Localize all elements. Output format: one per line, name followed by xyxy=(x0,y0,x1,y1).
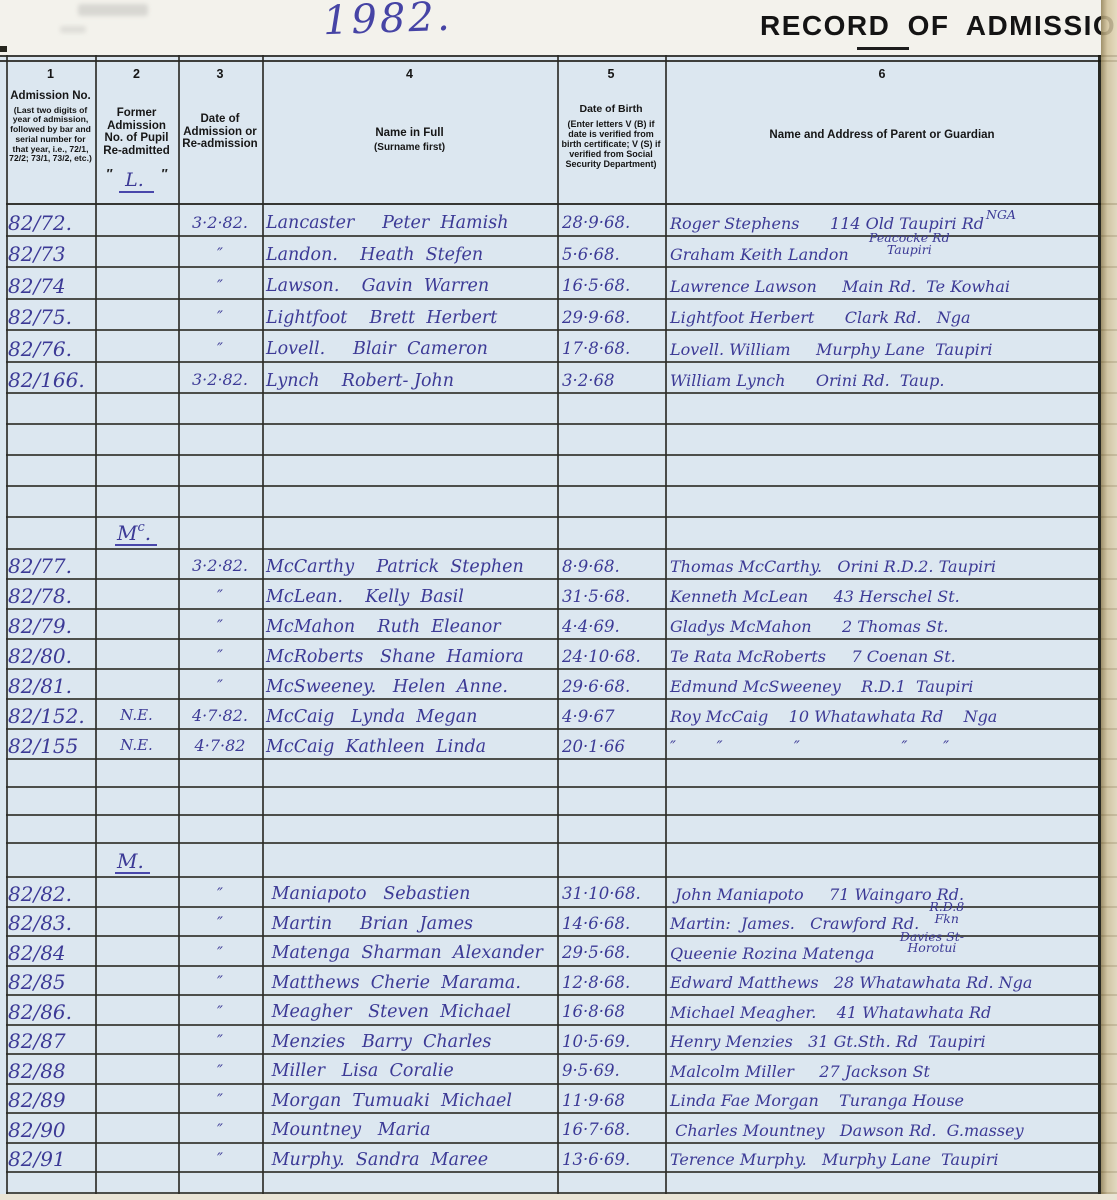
col-title: Name in Full xyxy=(262,81,557,140)
name-cell-text: Matthews Cherie Marama. xyxy=(266,975,521,993)
table-header-row: 1 Admission No. (Last two digits of year… xyxy=(6,62,1117,205)
admission-date-cell-text: ″ xyxy=(217,341,223,357)
name-cell-text: McCaig Kathleen Linda xyxy=(266,739,486,757)
former-admission-cell xyxy=(95,1144,178,1172)
admission-no-cell-text: 82/82. xyxy=(8,884,72,904)
former-admission-cell xyxy=(95,996,178,1024)
name-cell: McLean. Kelly Basil xyxy=(262,580,557,608)
admission-date-cell: ″ xyxy=(178,1144,262,1172)
admission-no-cell-text: 82/79. xyxy=(8,616,72,636)
parent-cell-text: Lovell. William Murphy Lane Taupiri xyxy=(670,342,992,358)
admission-date-cell: 4·7·82 xyxy=(178,730,262,758)
admission-date-cell-text: ″ xyxy=(217,246,223,262)
admission-date-cell-text: ″ xyxy=(217,1092,223,1108)
dob-cell: 8·9·68. xyxy=(557,550,665,578)
empty-row xyxy=(6,456,1117,487)
parent-cell: Queenie Rozina Matenga Davies St-Horotui xyxy=(665,937,1117,965)
admission-date-cell: ″ xyxy=(178,268,262,298)
name-cell-text: Lightfoot Brett Herbert xyxy=(266,310,497,328)
parent-cell-text: Michael Meagher. 41 Whatawhata Rd xyxy=(670,1005,991,1021)
former-admission-cell xyxy=(95,967,178,995)
admission-no-cell-text: 82/152. xyxy=(8,706,85,726)
dob-cell-text: 4·9·67 xyxy=(562,709,614,726)
admission-no-cell-text: 82/85 xyxy=(8,972,66,992)
table-row: 82/152.N.E.4·7·82.McCaig Lynda Megan4·9·… xyxy=(6,700,1117,730)
name-cell-text: McMahon Ruth Eleanor xyxy=(266,619,501,637)
parent-cell-text: John Maniapoto 71 Waingaro Rd. xyxy=(670,887,964,903)
name-cell: Miller Lisa Coralie xyxy=(262,1055,557,1083)
admission-date-cell: 3·2·82. xyxy=(178,363,262,393)
table-row: 82/72.3·2·82.Lancaster Peter Hamish28·9·… xyxy=(6,205,1117,237)
former-admission-cell xyxy=(95,580,178,608)
admission-date-cell: 3·2·82. xyxy=(178,550,262,578)
name-cell: McCaig Kathleen Linda xyxy=(262,730,557,758)
admission-date-cell-text: 4·7·82 xyxy=(195,738,246,754)
dob-cell-text: 12·8·68. xyxy=(562,975,630,992)
former-admission-cell xyxy=(95,237,178,267)
former-admission-cell: N.E. xyxy=(95,730,178,758)
parent-annotation-superscript: NGA xyxy=(986,209,1016,222)
name-cell: Murphy. Sandra Maree xyxy=(262,1144,557,1172)
name-cell-text: Matenga Sharman Alexander xyxy=(266,945,543,963)
name-cell-text: Menzies Barry Charles xyxy=(266,1034,491,1052)
former-admission-cell xyxy=(95,268,178,298)
dob-cell-text: 10·5·69. xyxy=(562,1034,630,1051)
parent-annotation-stack: R.D.8Fkn xyxy=(929,901,964,924)
admission-date-cell-text: ″ xyxy=(217,1004,223,1020)
left-edge-mark xyxy=(0,46,7,52)
admission-date-cell-text: ″ xyxy=(217,618,223,634)
parent-cell-text: Queenie Rozina Matenga xyxy=(670,946,900,962)
pencil-smudge xyxy=(78,4,148,16)
admission-date-cell: ″ xyxy=(178,1114,262,1142)
name-cell-text: McLean. Kelly Basil xyxy=(266,589,464,607)
dob-cell: 16·8·68 xyxy=(557,996,665,1024)
dob-cell-text: 17·8·68. xyxy=(562,341,630,358)
former-admission-cell xyxy=(95,1085,178,1113)
table-row: 82/89″ Morgan Tumuaki Michael11·9·68Lind… xyxy=(6,1085,1117,1115)
parent-cell: Roy McCaig 10 Whatawhata Rd Nga xyxy=(665,700,1117,728)
table-row: 82/75.″Lightfoot Brett Herbert29·9·68.Li… xyxy=(6,300,1117,332)
admission-date-cell: ″ xyxy=(178,640,262,668)
name-cell: McCarthy Patrick Stephen xyxy=(262,550,557,578)
col-number: 3 xyxy=(178,62,262,81)
col-note: (Surname first) xyxy=(262,140,557,153)
dob-cell: 17·8·68. xyxy=(557,331,665,361)
parent-cell-text: Gladys McMahon 2 Thomas St. xyxy=(670,619,948,635)
dob-cell: 4·4·69. xyxy=(557,610,665,638)
parent-cell: Lovell. William Murphy Lane Taupiri xyxy=(665,331,1117,361)
name-cell: McCaig Lynda Megan xyxy=(262,700,557,728)
admission-date-cell: 3·2·82. xyxy=(178,205,262,235)
name-cell: McRoberts Shane Hamiora xyxy=(262,640,557,668)
name-cell: Lancaster Peter Hamish xyxy=(262,205,557,235)
admission-date-cell-text: ″ xyxy=(217,648,223,664)
dob-cell-text: 24·10·68. xyxy=(562,649,641,666)
admission-no-cell: 82/82. xyxy=(6,878,95,906)
dob-cell-text: 9·5·69. xyxy=(562,1063,620,1080)
name-cell: Menzies Barry Charles xyxy=(262,1026,557,1054)
section-header-row: Mc. xyxy=(6,518,1117,550)
parent-annotation-line: Taupiri xyxy=(869,244,950,256)
admission-no-cell-text: 82/74 xyxy=(8,276,66,296)
dob-cell: 31·5·68. xyxy=(557,580,665,608)
former-admission-cell xyxy=(95,640,178,668)
empty-row xyxy=(6,487,1117,518)
admission-date-cell: ″ xyxy=(178,878,262,906)
dob-cell: 29·9·68. xyxy=(557,300,665,330)
col-title: Name and Address of Parent or Guardian xyxy=(665,81,1099,142)
table-row: 82/88″ Miller Lisa Coralie9·5·69.Malcolm… xyxy=(6,1055,1117,1085)
dob-cell-text: 29·6·68. xyxy=(562,679,630,696)
parent-cell-text: Roy McCaig 10 Whatawhata Rd Nga xyxy=(670,709,997,725)
name-cell-text: Meagher Steven Michael xyxy=(266,1004,511,1022)
admission-no-cell: 82/91 xyxy=(6,1144,95,1172)
admission-no-cell-text: 82/166. xyxy=(8,370,85,390)
dob-cell: 20·1·66 xyxy=(557,730,665,758)
section-letter-dot: . xyxy=(145,521,151,545)
col-number: 1 xyxy=(6,62,95,81)
col-number: 4 xyxy=(262,62,557,81)
name-cell: Lynch Robert- John xyxy=(262,363,557,393)
dob-cell-text: 29·9·68. xyxy=(562,310,630,327)
table-row: 82/86.″ Meagher Steven Michael16·8·68Mic… xyxy=(6,996,1117,1026)
printed-quote-mark: ″ xyxy=(106,164,112,181)
admission-date-cell-text: ″ xyxy=(217,678,223,694)
parent-cell-text: Martin: James. Crawford Rd. xyxy=(670,916,929,932)
admission-no-cell-text: 82/90 xyxy=(8,1120,66,1140)
admission-no-cell: 82/79. xyxy=(6,610,95,638)
parent-cell: Thomas McCarthy. Orini R.D.2. Taupiri xyxy=(665,550,1117,578)
former-admission-cell xyxy=(95,1055,178,1083)
parent-cell: Charles Mountney Dawson Rd. G.massey xyxy=(665,1114,1117,1142)
name-cell-text: Mountney Maria xyxy=(266,1122,431,1140)
table-row: 82/79.″McMahon Ruth Eleanor4·4·69.Gladys… xyxy=(6,610,1117,640)
admission-no-cell: 82/84 xyxy=(6,937,95,965)
section-letter-main: M xyxy=(117,849,137,873)
admission-date-cell: ″ xyxy=(178,937,262,965)
name-cell-text: Lancaster Peter Hamish xyxy=(266,215,508,233)
dob-cell: 16·5·68. xyxy=(557,268,665,298)
printed-quote-mark: ″ xyxy=(161,164,167,181)
admission-no-cell: 82/88 xyxy=(6,1055,95,1083)
admission-no-cell-text: 82/76. xyxy=(8,339,72,359)
dob-cell-text: 8·9·68. xyxy=(562,559,620,576)
former-admission-cell xyxy=(95,1114,178,1142)
table-row: 82/84″ Matenga Sharman Alexander29·5·68.… xyxy=(6,937,1117,967)
parent-cell: Gladys McMahon 2 Thomas St. xyxy=(665,610,1117,638)
name-cell-text: McRoberts Shane Hamiora xyxy=(266,649,524,667)
admission-date-cell-text: ″ xyxy=(217,1151,223,1167)
parent-cell: Malcolm Miller 27 Jackson St xyxy=(665,1055,1117,1083)
parent-cell-text: Linda Fae Morgan Turanga House xyxy=(670,1093,964,1109)
parent-cell-text: Edmund McSweeney R.D.1 Taupiri xyxy=(670,679,973,695)
admission-date-cell: ″ xyxy=(178,610,262,638)
admission-no-cell-text: 82/80. xyxy=(8,646,72,666)
parent-cell-text: Thomas McCarthy. Orini R.D.2. Taupiri xyxy=(670,559,996,575)
dob-cell: 13·6·69. xyxy=(557,1144,665,1172)
empty-row xyxy=(6,816,1117,844)
parent-annotation-line: Horotui xyxy=(900,942,964,954)
section-letter-label: Mc. xyxy=(115,521,157,546)
admission-no-cell-text: 82/87 xyxy=(8,1031,66,1051)
admission-date-cell-text: ″ xyxy=(217,309,223,325)
name-cell: Matenga Sharman Alexander xyxy=(262,937,557,965)
dob-cell-text: 28·9·68. xyxy=(562,215,630,232)
name-cell-text: Maniapoto Sebastien xyxy=(266,886,470,904)
admission-no-cell: 82/80. xyxy=(6,640,95,668)
admission-date-cell-text: 4·7·82. xyxy=(192,708,248,724)
admission-date-cell-text: ″ xyxy=(217,1063,223,1079)
table-row: 82/76.″Lovell. Blair Cameron17·8·68.Love… xyxy=(6,331,1117,363)
dob-cell: 5·6·68. xyxy=(557,237,665,267)
parent-cell: Michael Meagher. 41 Whatawhata Rd xyxy=(665,996,1117,1024)
col-header-former-admission: 2 Former Admission No. of Pupil Re-admit… xyxy=(95,62,178,203)
dob-cell-text: 16·5·68. xyxy=(562,278,630,295)
section-letter-main: M xyxy=(117,521,137,545)
parent-cell-text: Charles Mountney Dawson Rd. G.massey xyxy=(670,1123,1024,1139)
col-header-date-of-birth: 5 Date of Birth (Enter letters V (B) if … xyxy=(557,62,665,203)
table-row: 82/81.″McSweeney. Helen Anne.29·6·68.Edm… xyxy=(6,670,1117,700)
former-admission-cell xyxy=(95,550,178,578)
col-title: Former Admission No. of Pupil Re-admitte… xyxy=(95,81,178,157)
parent-cell-text: Te Rata McRoberts 7 Coenan St. xyxy=(670,649,956,665)
dob-cell: 14·6·68. xyxy=(557,908,665,936)
admission-date-cell: ″ xyxy=(178,967,262,995)
admission-date-cell: ″ xyxy=(178,237,262,267)
handwritten-letter-L: L. xyxy=(119,169,154,193)
name-cell: McSweeney. Helen Anne. xyxy=(262,670,557,698)
dob-cell: 24·10·68. xyxy=(557,640,665,668)
admission-date-cell-text: ″ xyxy=(217,1122,223,1138)
table-row: 82/77.3·2·82.McCarthy Patrick Stephen8·9… xyxy=(6,550,1117,580)
table-row: 82/90″ Mountney Maria16·7·68. Charles Mo… xyxy=(6,1114,1117,1144)
admission-no-cell-text: 82/91 xyxy=(8,1149,66,1169)
col-header-parent-guardian: 6 Name and Address of Parent or Guardian xyxy=(665,62,1099,203)
parent-cell: John Maniapoto 71 Waingaro Rd. xyxy=(665,878,1117,906)
admission-date-cell: ″ xyxy=(178,300,262,330)
parent-cell: Graham Keith Landon Peacocke RdTaupiri xyxy=(665,237,1117,267)
name-cell-text: Lawson. Gavin Warren xyxy=(266,278,489,296)
table-row: 82/78.″McLean. Kelly Basil31·5·68.Kennet… xyxy=(6,580,1117,610)
table-row: 82/91″ Murphy. Sandra Maree13·6·69.Teren… xyxy=(6,1144,1117,1174)
dob-cell: 9·5·69. xyxy=(557,1055,665,1083)
parent-annotation-stack: Davies St-Horotui xyxy=(900,931,964,954)
dob-cell-text: 5·6·68. xyxy=(562,247,620,264)
name-cell-text: McCarthy Patrick Stephen xyxy=(266,559,524,577)
admission-date-cell-text: 3·2·82. xyxy=(192,215,248,231)
parent-cell-text: ″ ″ ″ ″ ″ xyxy=(670,739,949,755)
col-note: (Last two digits of year of admission, f… xyxy=(6,103,95,165)
parent-annotation-stack: Peacocke RdTaupiri xyxy=(869,232,950,255)
title-underline xyxy=(857,47,909,50)
admission-date-cell: ″ xyxy=(178,331,262,361)
dob-cell-text: 13·6·69. xyxy=(562,1152,630,1169)
admission-no-cell-text: 82/89 xyxy=(8,1090,66,1110)
name-cell: Matthews Cherie Marama. xyxy=(262,967,557,995)
admission-date-cell: ″ xyxy=(178,670,262,698)
dob-cell-text: 16·7·68. xyxy=(562,1122,630,1139)
parent-cell-text: Lightfoot Herbert Clark Rd. Nga xyxy=(670,310,971,326)
dob-cell: 11·9·68 xyxy=(557,1085,665,1113)
admission-no-cell: 82/152. xyxy=(6,700,95,728)
dob-cell-text: 14·6·68. xyxy=(562,916,630,933)
admission-no-cell-text: 82/77. xyxy=(8,556,72,576)
dob-cell: 29·5·68. xyxy=(557,937,665,965)
former-admission-cell-text: N.E. xyxy=(120,738,153,753)
name-cell-text: Martin Brian James xyxy=(266,916,473,934)
admission-date-cell: ″ xyxy=(178,580,262,608)
admission-no-cell-text: 82/75. xyxy=(8,307,72,327)
name-cell: Maniapoto Sebastien xyxy=(262,878,557,906)
dob-cell-text: 20·1·66 xyxy=(562,739,625,756)
admission-no-cell: 82/77. xyxy=(6,550,95,578)
parent-cell: Kenneth McLean 43 Herschel St. xyxy=(665,580,1117,608)
name-cell: Mountney Maria xyxy=(262,1114,557,1142)
table-row: 82/73″Landon. Heath Stefen5·6·68.Graham … xyxy=(6,237,1117,269)
parent-cell: ″ ″ ″ ″ ″ xyxy=(665,730,1117,758)
admission-no-cell: 82/166. xyxy=(6,363,95,393)
dob-cell: 16·7·68. xyxy=(557,1114,665,1142)
dob-cell: 4·9·67 xyxy=(557,700,665,728)
col-header-admission-no: 1 Admission No. (Last two digits of year… xyxy=(6,62,95,203)
parent-cell-text: Kenneth McLean 43 Herschel St. xyxy=(670,589,960,605)
former-admission-cell-text: N.E. xyxy=(120,708,153,723)
former-admission-cell xyxy=(95,908,178,936)
parent-cell: William Lynch Orini Rd. Taup. xyxy=(665,363,1117,393)
parent-cell-text: Malcolm Miller 27 Jackson St xyxy=(670,1064,930,1080)
col-title: Date of Admission or Re-admission xyxy=(178,81,262,151)
table-row: 82/74″Lawson. Gavin Warren16·5·68.Lawren… xyxy=(6,268,1117,300)
page-bottom-margin xyxy=(0,1194,1117,1200)
admission-no-cell: 82/90 xyxy=(6,1114,95,1142)
name-cell: Martin Brian James xyxy=(262,908,557,936)
admission-no-cell: 82/83. xyxy=(6,908,95,936)
admission-no-cell-text: 82/72. xyxy=(8,213,72,233)
name-cell: Meagher Steven Michael xyxy=(262,996,557,1024)
admission-date-cell: ″ xyxy=(178,1055,262,1083)
dob-cell-text: 4·4·69. xyxy=(562,619,620,636)
admission-no-cell: 82/86. xyxy=(6,996,95,1024)
name-cell: Lightfoot Brett Herbert xyxy=(262,300,557,330)
dob-cell: 12·8·68. xyxy=(557,967,665,995)
admission-no-cell: 82/78. xyxy=(6,580,95,608)
col-title: Admission No. xyxy=(6,81,95,103)
admission-date-cell-text: ″ xyxy=(217,886,223,902)
name-cell: Lawson. Gavin Warren xyxy=(262,268,557,298)
former-admission-cell xyxy=(95,300,178,330)
parent-cell: Henry Menzies 31 Gt.Sth. Rd Taupiri xyxy=(665,1026,1117,1054)
name-cell-text: Murphy. Sandra Maree xyxy=(266,1152,488,1170)
dob-cell-text: 16·8·68 xyxy=(562,1004,625,1021)
admission-no-cell: 82/89 xyxy=(6,1085,95,1113)
table-row: 82/166.3·2·82.Lynch Robert- John3·2·68Wi… xyxy=(6,363,1117,395)
dob-cell: 10·5·69. xyxy=(557,1026,665,1054)
parent-cell-text: Henry Menzies 31 Gt.Sth. Rd Taupiri xyxy=(670,1034,986,1050)
parent-cell: Martin: James. Crawford Rd. R.D.8Fkn xyxy=(665,908,1117,936)
table-row: 82/80.″McRoberts Shane Hamiora24·10·68.T… xyxy=(6,640,1117,670)
col-note: (Enter letters V (B) if date is verified… xyxy=(557,116,665,170)
admission-no-cell-text: 82/78. xyxy=(8,586,72,606)
handwritten-section-letter: ″ L. ″ xyxy=(95,164,178,188)
admission-no-cell: 82/75. xyxy=(6,300,95,330)
dob-cell-text: 3·2·68 xyxy=(562,373,614,390)
parent-cell: Te Rata McRoberts 7 Coenan St. xyxy=(665,640,1117,668)
col-number: 5 xyxy=(557,62,665,81)
col-title: Date of Birth xyxy=(557,81,665,116)
admission-no-cell: 82/72. xyxy=(6,205,95,235)
parent-cell: Lightfoot Herbert Clark Rd. Nga xyxy=(665,300,1117,330)
col-header-name-in-full: 4 Name in Full (Surname first) xyxy=(262,62,557,203)
dob-cell-text: 29·5·68. xyxy=(562,945,630,962)
parent-cell: Terence Murphy. Murphy Lane Taupiri xyxy=(665,1144,1117,1172)
parent-cell-text: Lawrence Lawson Main Rd. Te Kowhai xyxy=(670,279,1010,295)
admission-no-cell-text: 82/84 xyxy=(8,943,66,963)
admission-no-cell-text: 82/155 xyxy=(8,736,78,756)
name-cell: Lovell. Blair Cameron xyxy=(262,331,557,361)
parent-cell: Lawrence Lawson Main Rd. Te Kowhai xyxy=(665,268,1117,298)
admission-date-cell-text: ″ xyxy=(217,1033,223,1049)
admission-date-cell: ″ xyxy=(178,996,262,1024)
table-row: 82/85″ Matthews Cherie Marama.12·8·68.Ed… xyxy=(6,967,1117,997)
name-cell-text: Lovell. Blair Cameron xyxy=(266,341,488,359)
handwritten-year: 1982. xyxy=(322,0,453,44)
admission-no-cell: 82/85 xyxy=(6,967,95,995)
col-header-admission-date: 3 Date of Admission or Re-admission xyxy=(178,62,262,203)
admission-date-cell-text: 3·2·82. xyxy=(192,372,248,388)
empty-row xyxy=(6,394,1117,425)
parent-cell: Edmund McSweeney R.D.1 Taupiri xyxy=(665,670,1117,698)
name-cell-text: McSweeney. Helen Anne. xyxy=(266,679,508,697)
empty-row xyxy=(6,760,1117,788)
name-cell-text: Landon. Heath Stefen xyxy=(266,247,483,265)
record-of-admission-page: 1982. RECORD OF ADMISSION 1 Admission No… xyxy=(0,0,1117,1200)
table-row: 82/87″ Menzies Barry Charles10·5·69.Henr… xyxy=(6,1026,1117,1056)
name-cell: Morgan Tumuaki Michael xyxy=(262,1085,557,1113)
page-title: RECORD OF ADMISSION xyxy=(760,10,1117,42)
admission-date-cell-text: 3·2·82. xyxy=(192,558,248,574)
admission-no-cell-text: 82/86. xyxy=(8,1002,72,1022)
name-cell-text: Morgan Tumuaki Michael xyxy=(266,1093,512,1111)
dob-cell: 3·2·68 xyxy=(557,363,665,393)
admission-no-cell-text: 82/73 xyxy=(8,244,66,264)
parent-cell-text: Terence Murphy. Murphy Lane Taupiri xyxy=(670,1152,999,1168)
former-admission-cell xyxy=(95,1026,178,1054)
parent-cell-text: William Lynch Orini Rd. Taup. xyxy=(670,373,944,389)
section-letter-label: M. xyxy=(115,851,150,874)
admission-no-cell-text: 82/88 xyxy=(8,1061,66,1081)
former-admission-cell: N.E. xyxy=(95,700,178,728)
parent-annotation-line: Fkn xyxy=(929,913,964,925)
admission-no-cell: 82/73 xyxy=(6,237,95,267)
col-number: 2 xyxy=(95,62,178,81)
former-admission-cell xyxy=(95,363,178,393)
name-cell-text: Miller Lisa Coralie xyxy=(266,1063,454,1081)
admission-no-cell: 82/74 xyxy=(6,268,95,298)
admission-no-cell-text: 82/83. xyxy=(8,913,72,933)
parent-cell-text: Edward Matthews 28 Whatawhata Rd. Nga xyxy=(670,975,1032,991)
dob-cell: 28·9·68. xyxy=(557,205,665,235)
adjacent-page-edge xyxy=(1101,0,1117,1200)
former-admission-cell xyxy=(95,670,178,698)
admission-date-cell: ″ xyxy=(178,1085,262,1113)
name-cell-text: Lynch Robert- John xyxy=(266,373,454,391)
section-letter-dot: . xyxy=(137,849,143,873)
section-letter-superscript: c xyxy=(137,520,144,535)
dob-cell: 29·6·68. xyxy=(557,670,665,698)
empty-row xyxy=(6,1173,1117,1194)
admission-no-cell: 82/76. xyxy=(6,331,95,361)
